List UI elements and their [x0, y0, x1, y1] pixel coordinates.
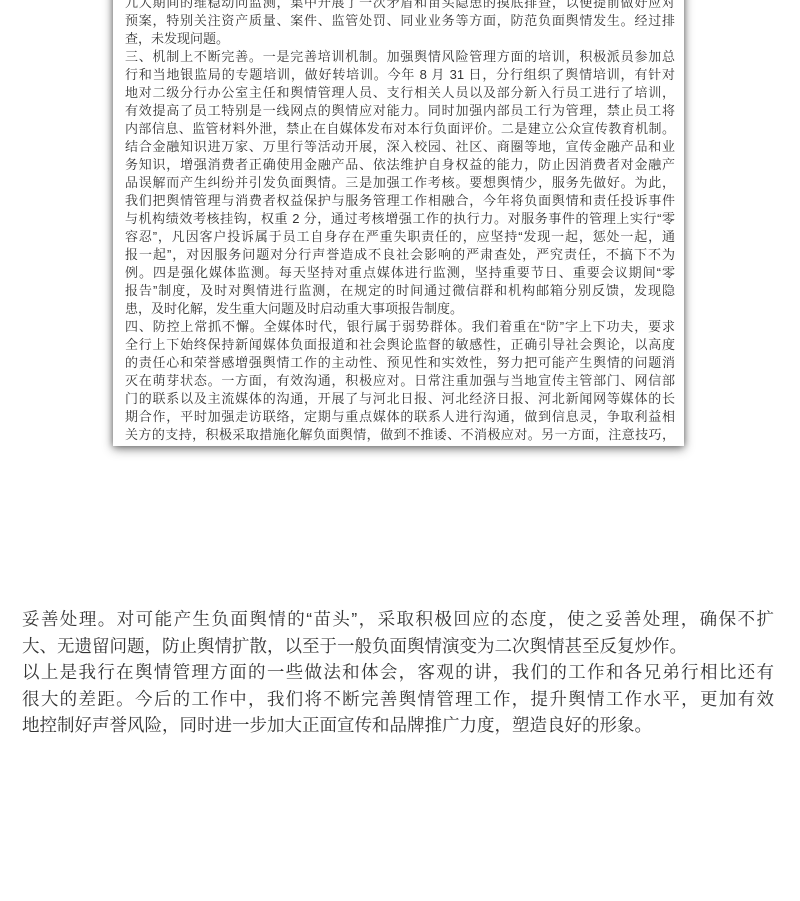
document-text-line: 报一起”，对因服务问题对分行声誉造成不良社会影响的严肃查处，严究责任，不搞下不为 — [125, 246, 675, 264]
document-text-line: 容忍”，凡因客户投诉属于员工自身存在严重失职责任的，应坚持“发现一起，惩处一起，… — [125, 228, 675, 246]
document-text-line: 结合金融知识进万家、万里行等活动开展，深入校园、社区、商圈等地，宣传金融产品和业 — [125, 138, 675, 156]
document-text-line: 三、机制上不断完善。一是完善培训机制。加强舆情风险管理方面的培训，积极派员参加总 — [125, 48, 675, 66]
document-page-image: 九大期间的维稳动向监测，集中开展了一次矛盾和苗头隐患的摸底排查，以便提前做好应对… — [85, 0, 715, 470]
document-text-line: 品误解而产生纠纷并引发负面舆情。三是加强工作考核。要想舆情少，服务先做好。为此， — [125, 174, 675, 192]
document-text-line: 查，未发现问题。 — [125, 30, 675, 48]
document-text-line: 全行上下始终保持新闻媒体负面报道和社会舆论监督的敏感性，正确引导社会舆论，以高度 — [125, 336, 675, 354]
document-text-line: 的责任心和荣誉感增强舆情工作的主动性、预见性和实效性，努力把可能产生舆情的问题消 — [125, 354, 675, 372]
document-text-line: 九大期间的维稳动向监测，集中开展了一次矛盾和苗头隐患的摸底排查，以便提前做好应对 — [125, 0, 675, 12]
document-text-line: 灭在萌芽状态。一方面，有效沟通，积极应对。日常注重加强与当地宣传主管部门、网信部 — [125, 372, 675, 390]
document-text-line: 务知识，增强消费者正确使用金融产品、依法维护自身权益的能力，防止因消费者对金融产 — [125, 156, 675, 174]
document-page: 九大期间的维稳动向监测，集中开展了一次矛盾和苗头隐患的摸底排查，以便提前做好应对… — [113, 0, 684, 446]
article-text-line: 地控制好声誉风险，同时进一步加大正面宣传和品牌推广力度，塑造良好的形象。 — [22, 712, 774, 739]
document-text-line: 患，及时化解，发生重大问题及时启动重大事项报告制度。 — [125, 300, 675, 318]
document-text-line: 期合作，平时加强走访联络，定期与重点媒体的联系人进行沟通，做到信息灵，争取利益相 — [125, 408, 675, 426]
document-text-line: 行和当地银监局的专题培训，做好转培训。今年 8 月 31 日，分行组织了舆情培训… — [125, 66, 675, 84]
article-text-line: 以上是我行在舆情管理方面的一些做法和体会，客观的讲，我们的工作和各兄弟行相比还有 — [22, 659, 774, 686]
document-page-text: 九大期间的维稳动向监测，集中开展了一次矛盾和苗头隐患的摸底排查，以便提前做好应对… — [113, 0, 684, 444]
document-text-line: 门的联系以及主流媒体的沟通，开展了与河北日报、河北经济日报、河北新闻网等媒体的长 — [125, 390, 675, 408]
document-text-line: 例。四是强化媒体监测。每天坚持对重点媒体进行监测，坚持重要节日、重要会议期间“零 — [125, 264, 675, 282]
document-text-line: 与机构绩效考核挂钩，权重 2 分，通过考核增强工作的执行力。对服务事件的管理上实… — [125, 210, 675, 228]
article-text-line: 大、无遗留问题，防止舆情扩散，以至于一般负面舆情演变为二次舆情甚至反复炒作。 — [22, 633, 774, 660]
document-text-line: 四、防控上常抓不懈。全媒体时代，银行属于弱势群体。我们着重在“防”字上下功夫，要… — [125, 318, 675, 336]
article-body-text: 妥善处理。对可能产生负面舆情的“苗头”，采取积极回应的态度，使之妥善处理，确保不… — [22, 606, 774, 739]
document-text-line: 内部信息、监管材料外泄，禁止在自媒体发布对本行负面评价。二是建立公众宣传教育机制… — [125, 120, 675, 138]
document-text-line: 关方的支持，积极采取措施化解负面舆情，做到不推诿、不消极应对。另一方面，注意技巧… — [125, 426, 675, 444]
document-text-line: 有效提高了员工特别是一线网点的舆情应对能力。同时加强内部员工行为管理，禁止员工将 — [125, 102, 675, 120]
document-text-line: 预案，特别关注资产质量、案件、监管处罚、同业业务等方面，防范负面舆情发生。经过排 — [125, 12, 675, 30]
article-text-line: 很大的差距。今后的工作中，我们将不断完善舆情管理工作，提升舆情工作水平，更加有效 — [22, 686, 774, 713]
article-text-line: 妥善处理。对可能产生负面舆情的“苗头”，采取积极回应的态度，使之妥善处理，确保不… — [22, 606, 774, 633]
document-text-line: 我们把舆情管理与消费者权益保护与服务管理工作相融合，今年将负面舆情和责任投诉事件 — [125, 192, 675, 210]
document-text-line: 报告”制度，及时对舆情进行监测，在规定的时间通过微信群和机构邮箱分别反馈，发现隐 — [125, 282, 675, 300]
document-text-line: 地对二级分行办公室主任和舆情管理人员、支行相关人员以及部分新入行员工进行了培训， — [125, 84, 675, 102]
